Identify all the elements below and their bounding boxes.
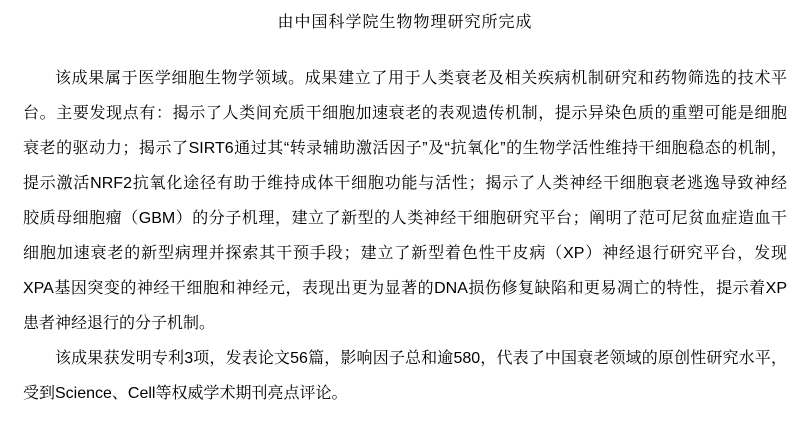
document-page: 由中国科学院生物物理研究所完成 该成果属于医学细胞生物学领域。成果建立了用于人类… bbox=[0, 0, 800, 427]
text-line: XPA基因突变的神经干细胞和神经元，表现出更为显著的DNA损伤修复缺陷和更易凋亡… bbox=[23, 271, 787, 306]
text-line: 该成果获发明专利3项，发表论文56篇，影响因子总和逾580，代表了中国衰老领域的… bbox=[23, 341, 787, 376]
text-line: 细胞加速衰老的新型病理并探索其干预手段；建立了新型着色性干皮病（XP）神经退行研… bbox=[23, 236, 787, 271]
text-line: 患者神经退行的分子机制。 bbox=[23, 306, 787, 341]
text-line: 受到Science、Cell等权威学术期刊亮点评论。 bbox=[23, 376, 787, 411]
text-line: 衰老的驱动力；揭示了SIRT6通过其“转录辅助激活因子”及“抗氧化”的生物学活性… bbox=[23, 131, 787, 166]
text-line: 胶质母细胞瘤（GBM）的分子机理，建立了新型的人类神经干细胞研究平台；阐明了范可… bbox=[23, 201, 787, 236]
text-line: 台。主要发现点有：揭示了人类间充质干细胞加速衰老的表观遗传机制，提示异染色质的重… bbox=[23, 96, 787, 131]
page-title: 由中国科学院生物物理研究所完成 bbox=[23, 5, 787, 40]
text-line: 该成果属于医学细胞生物学领域。成果建立了用于人类衰老及相关疾病机制研究和药物筛选… bbox=[23, 61, 787, 96]
text-line: 提示激活NRF2抗氧化途径有助于维持成体干细胞功能与活性；揭示了人类神经干细胞衰… bbox=[23, 166, 787, 201]
document-body: 该成果属于医学细胞生物学领域。成果建立了用于人类衰老及相关疾病机制研究和药物筛选… bbox=[23, 61, 787, 411]
